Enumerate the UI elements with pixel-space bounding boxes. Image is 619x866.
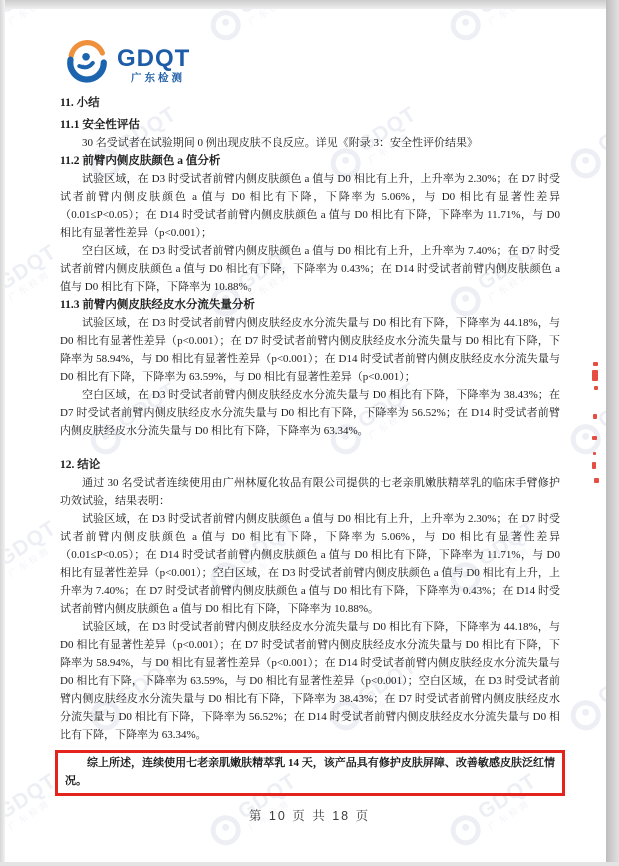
- watermark: GDQT 广东检测: [0, 241, 66, 323]
- logo-text: GDQT 广东检测: [117, 47, 190, 84]
- section-11-3-paragraph-1: 试验区域，在 D3 时受试者前臂内侧皮肤经皮水分流失量与 D0 相比有下降，下降…: [60, 314, 560, 386]
- section-11-2-title: 11.2 前臂内侧皮肤颜色 a 值分析: [60, 152, 560, 170]
- scan-edge-left: [0, 0, 5, 866]
- red-stamp-fragment: [594, 478, 599, 483]
- page-number: 第 10 页 共 18 页: [0, 806, 619, 824]
- scan-edge-bottom: [0, 862, 619, 866]
- gdqt-logo-watermark-icon: [565, 418, 606, 459]
- red-stamp-fragment: [592, 370, 598, 381]
- red-stamp-fragment: [593, 362, 598, 366]
- section-12-paragraph-1: 通过 30 名受试者连续使用由广州林厦化妆品有限公司提供的七老亲肌嫩肤精萃乳的临…: [60, 474, 560, 510]
- logo-brand: GDQT: [117, 47, 190, 71]
- gdqt-logo-watermark-icon: [565, 142, 606, 183]
- section-11-title: 11. 小结: [60, 94, 560, 112]
- watermark-text: GDQT 广东检测: [0, 241, 66, 303]
- red-stamp-fragment: [592, 462, 596, 469]
- section-12-paragraph-2: 试验区域，在 D3 时受试者前臂内侧皮肤颜色 a 值与 D0 相比有上升，上升率…: [60, 510, 560, 618]
- conclusion-text: 综上所述，连续使用七老亲肌嫩肤精萃乳 14 天，该产品具有修护皮肤屏障、改善敏感…: [65, 754, 555, 790]
- red-stamp-fragment: [593, 452, 596, 455]
- scan-edge-top: [0, 0, 619, 9]
- report-body: 11. 小结 11.1 安全性评估 30 名受试者在试验期间 0 例出现皮肤不良…: [60, 94, 560, 796]
- gdqt-logo: GDQT 广东检测: [64, 40, 190, 91]
- section-12-paragraph-3: 试验区域，在 D3 时受试者前臂内侧皮肤经皮水分流失量与 D0 相比有下降，下降…: [60, 618, 560, 744]
- logo-brand-cn: 广东检测: [117, 73, 190, 84]
- watermark-brand-cn: 广东检测: [7, 260, 66, 303]
- section-11-2-paragraph-1: 试验区域，在 D3 时受试者前臂内侧皮肤颜色 a 值与 D0 相比有上升，上升率…: [60, 170, 560, 242]
- scan-edge-right: [606, 0, 619, 866]
- section-11-3-paragraph-2: 空白区域，在 D3 时受试者前臂内侧皮肤经皮水分流失量与 D0 相比有下降，下降…: [60, 386, 560, 440]
- watermark-brand: GDQT: [0, 241, 60, 294]
- watermark-text: GDQT 广东检测: [0, 517, 66, 579]
- gdqt-logo-watermark-icon: [565, 694, 606, 735]
- red-stamp-fragment: [592, 436, 597, 440]
- gdqt-logo-watermark-icon: [445, 4, 486, 45]
- red-stamp-fragment: [594, 386, 598, 390]
- gdqt-logo-icon: [64, 40, 110, 91]
- section-11-1-title: 11.1 安全性评估: [60, 116, 560, 134]
- watermark: GDQT 广东检测: [0, 517, 66, 599]
- section-11-2-paragraph-2: 空白区域，在 D3 时受试者前臂内侧皮肤颜色 a 值与 D0 相比有上升，上升率…: [60, 242, 560, 296]
- watermark-brand-cn: 广东检测: [7, 536, 66, 579]
- red-stamp-fragment: [593, 414, 597, 419]
- gdqt-logo-watermark-icon: [205, 4, 246, 45]
- section-11-1-paragraph: 30 名受试者在试验期间 0 例出现皮肤不良反应。详见《附录 3：安全性评价结果…: [60, 134, 560, 152]
- section-11-3-title: 11.3 前臂内侧皮肤经皮水分流失量分析: [60, 296, 560, 314]
- section-12-title: 12. 结论: [60, 456, 560, 474]
- watermark-brand: GDQT: [0, 517, 60, 570]
- conclusion-highlight-box: 综上所述，连续使用七老亲肌嫩肤精萃乳 14 天，该产品具有修护皮肤屏障、改善敏感…: [55, 750, 565, 796]
